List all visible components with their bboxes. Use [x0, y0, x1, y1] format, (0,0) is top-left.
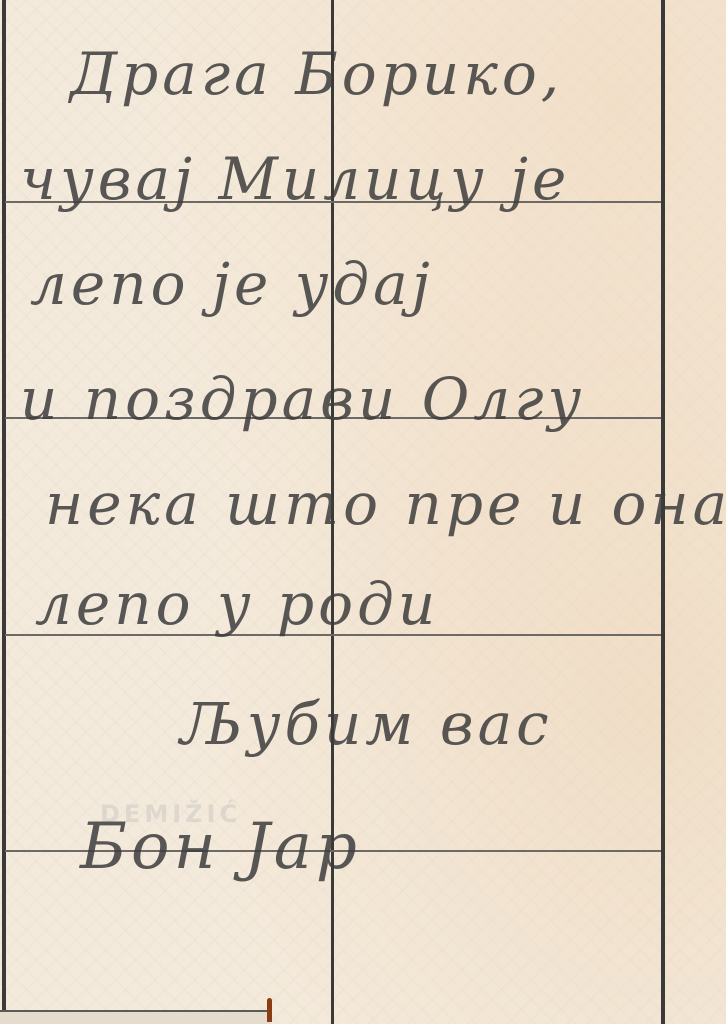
handwritten-line-1: Драга Борико, — [70, 40, 726, 108]
paper-sheet: DEMIŽIĆ Драга Борико, чувај Милицу је ле… — [0, 0, 726, 1024]
torn-bottom-edge — [0, 1010, 270, 1024]
handwritten-line-3: лепо је удај — [30, 250, 726, 318]
handwritten-closing: Љубим вас — [180, 690, 726, 758]
handwritten-line-2: чувај Милицу је — [20, 145, 720, 213]
handwritten-signature: Бон Јар — [80, 810, 726, 884]
ink-stain — [267, 998, 272, 1022]
handwritten-line-5: нека што пре и она — [45, 470, 726, 538]
left-border-line — [2, 0, 6, 1024]
handwritten-line-6: лепо у роди — [35, 570, 726, 638]
handwritten-line-4: и поздрави Олгу — [20, 365, 720, 433]
